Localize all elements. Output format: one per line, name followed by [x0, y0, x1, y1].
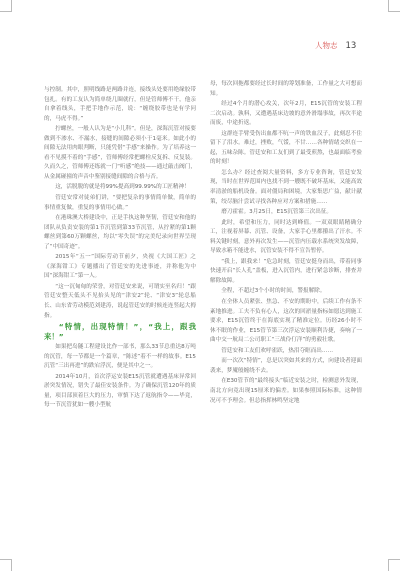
paragraph: 在E30管节的“最终接头”临近安装之时，检测意外发现，南北方向竟出现15厘米的偏…: [210, 377, 362, 406]
paragraph: 这群连手臂受伤出血都不吭一声的铁血汉子，此刻忍不住留下了泪水。难过，挫败，气馁，…: [210, 130, 362, 168]
paragraph: 母，每次回拖都要经过长时间的筹划准备，工作量之大可想而知。: [210, 80, 362, 99]
paragraph: 而一次次“特情”，总是以突如其来的方式，向建设者迎面袭来，梦魇般缠绕不去。: [210, 357, 362, 376]
crop-mark-top-right: [388, 0, 400, 12]
section-label: 人物志: [315, 40, 338, 51]
section-subheading: “特情，出现特情！”，“我上，跟我来！”: [44, 322, 196, 342]
paragraph: 拧螺丝，一般人认为是“小儿科”。但是，深海沉管对接要做到不渗水、不漏水，接缝的间…: [44, 125, 196, 182]
left-column: 与控制。其中，照明线路是两路并连，接线头处要用绝缘胶带包扎。有的工友认为简单绕几…: [44, 86, 196, 412]
right-column: 母，每次回拖都要经过长时间的筹划准备，工作量之大可想而知。 经过4个月的潜心攻关…: [210, 80, 362, 407]
paragraph: 在港珠澳大桥建设中，正是手执这种坚韧，管廷安和他的团队从负责安装的第1节沉管到第…: [44, 214, 196, 252]
page-header: 人物志 13: [315, 40, 356, 51]
paragraph: 这，活脱脱的就是将99%提高到99.99%的工匠精神！: [44, 183, 196, 193]
crop-mark-bottom-left: [0, 559, 12, 571]
paragraph: 怎么办？经过查阅大量资料，多方专业咨询，管廷安发现，当时在世界范围内也找不到一艘…: [210, 169, 362, 207]
paragraph: 如果把岛隧工程建设比作一部书，那么33节总重达8万吨的沉管，每一节都是一个篇章，…: [44, 343, 196, 372]
paragraph: 管廷安常对徒弟们讲，“要把复杂的事情简单做，简单的事情重复做，重复的事情用心做。…: [44, 194, 196, 213]
paragraph: “我上，跟我来！”危急时刻，管廷安挺身而出，带着同事快速开启“长人孔”盖板，进入…: [210, 258, 362, 287]
paragraph: 2014年10月，首次浮运安装E15沉管就遭遇基床异常回淤突发情况，错失了最佳安…: [44, 373, 196, 411]
paragraph: 2015年“五一”国际劳动节前夕，央视《大国工匠》之《深海钳工》专题播出了管廷安…: [44, 253, 196, 282]
crop-mark-top-left: [0, 0, 12, 12]
paragraph: 全程，不超过3个小时的时间，警报解除。: [210, 287, 362, 297]
paragraph: 此时，希望和压力，同时达到峰值。一双双眼睛精确分工，注视着屏幕、沉管、设备，大家…: [210, 219, 362, 257]
paragraph: 管廷安和工友们欢呼雀跃，热泪夺眶而出……: [210, 347, 362, 357]
crop-mark-bottom-right: [388, 559, 400, 571]
paragraph: “这一沉甸甸的荣誉，对管廷安来说，可谓实至名归！”跟管廷安整天低头不见抬头见的“…: [44, 283, 196, 321]
paragraph: 磨刀霍霍。3月25日，E15沉管第三次出征。: [210, 208, 362, 218]
page-number: 13: [346, 41, 357, 51]
paragraph: 在全体人员紧张、焦急、不安的期盼中，后续工作有条不紊地推进。工夫不负有心人，这次…: [210, 298, 362, 346]
paragraph: 与控制。其中，照明线路是两路并连，接线头处要用绝缘胶带包扎。有的工友认为简单绕几…: [44, 86, 196, 124]
paragraph: 经过4个月的潜心攻关，次年2月，E15沉管的安装工程二次启动。孰料，又遭遇基床边…: [210, 100, 362, 129]
